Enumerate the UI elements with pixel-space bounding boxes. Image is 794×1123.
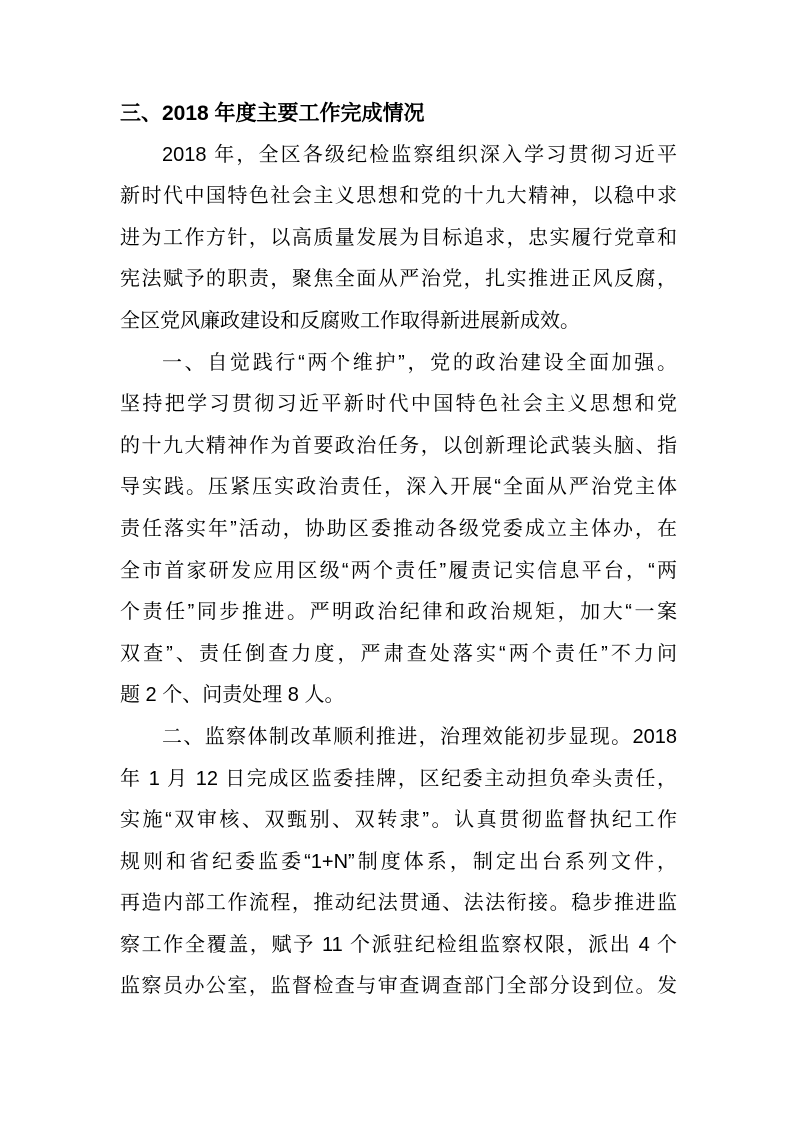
text-line: 监察员办公室，监督检查与审查调查部门全部分设到位。发 — [120, 966, 677, 1008]
text-line: 全市首家研发应用区级“两个责任”履责记实信息平台，“两 — [120, 551, 677, 593]
text-line: 坚持把学习贯彻习近平新时代中国特色社会主义思想和党 — [120, 384, 677, 426]
text-line: 2018 年，全区各级纪检监察组织深入学习贯彻习近平 — [120, 135, 677, 177]
text-line: 个责任”同步推进。严明政治纪律和政治规矩，加大“一案 — [120, 592, 677, 634]
text-line: 二、监察体制改革顺利推进，治理效能初步显现。2018 — [120, 717, 677, 759]
text-line: 导实践。压紧压实政治责任，深入开展“全面从严治党主体 — [120, 467, 677, 509]
document-body: 2018 年，全区各级纪检监察组织深入学习贯彻习近平新时代中国特色社会主义思想和… — [120, 135, 677, 1008]
text-line: 全区党风廉政建设和反腐败工作取得新进展新成效。 — [120, 301, 677, 343]
text-line: 双查”、责任倒查力度，严肃查处落实“两个责任”不力问 — [120, 634, 677, 676]
text-line: 再造内部工作流程，推动纪法贯通、法法衔接。稳步推进监 — [120, 883, 677, 925]
paragraph-section-2: 二、监察体制改革顺利推进，治理效能初步显现。2018年 1 月 12 日完成区监… — [120, 717, 677, 1008]
text-line: 进为工作方针，以高质量发展为目标追求，忠实履行党章和 — [120, 218, 677, 260]
paragraph-intro: 2018 年，全区各级纪检监察组织深入学习贯彻习近平新时代中国特色社会主义思想和… — [120, 135, 677, 343]
text-line: 年 1 月 12 日完成区监委挂牌，区纪委主动担负牵头责任， — [120, 759, 677, 801]
text-line: 题 2 个、问责处理 8 人。 — [120, 675, 677, 717]
section-heading: 三、2018 年度主要工作完成情况 — [120, 93, 677, 135]
text-line: 实施“双审核、双甄别、双转隶”。认真贯彻监督执纪工作 — [120, 800, 677, 842]
text-line: 察工作全覆盖，赋予 11 个派驻纪检组监察权限，派出 4 个 — [120, 925, 677, 967]
text-line: 责任落实年”活动，协助区委推动各级党委成立主体办，在 — [120, 509, 677, 551]
text-line: 规则和省纪委监委“1+N”制度体系，制定出台系列文件， — [120, 842, 677, 884]
text-line: 的十九大精神作为首要政治任务，以创新理论武装头脑、指 — [120, 426, 677, 468]
text-line: 宪法赋予的职责，聚焦全面从严治党，扎实推进正风反腐， — [120, 259, 677, 301]
paragraph-section-1: 一、自觉践行“两个维护”，党的政治建设全面加强。坚持把学习贯彻习近平新时代中国特… — [120, 343, 677, 717]
text-line: 新时代中国特色社会主义思想和党的十九大精神，以稳中求 — [120, 176, 677, 218]
document-page: 三、2018 年度主要工作完成情况 2018 年，全区各级纪检监察组织深入学习贯… — [0, 0, 794, 1123]
text-line: 一、自觉践行“两个维护”，党的政治建设全面加强。 — [120, 343, 677, 385]
